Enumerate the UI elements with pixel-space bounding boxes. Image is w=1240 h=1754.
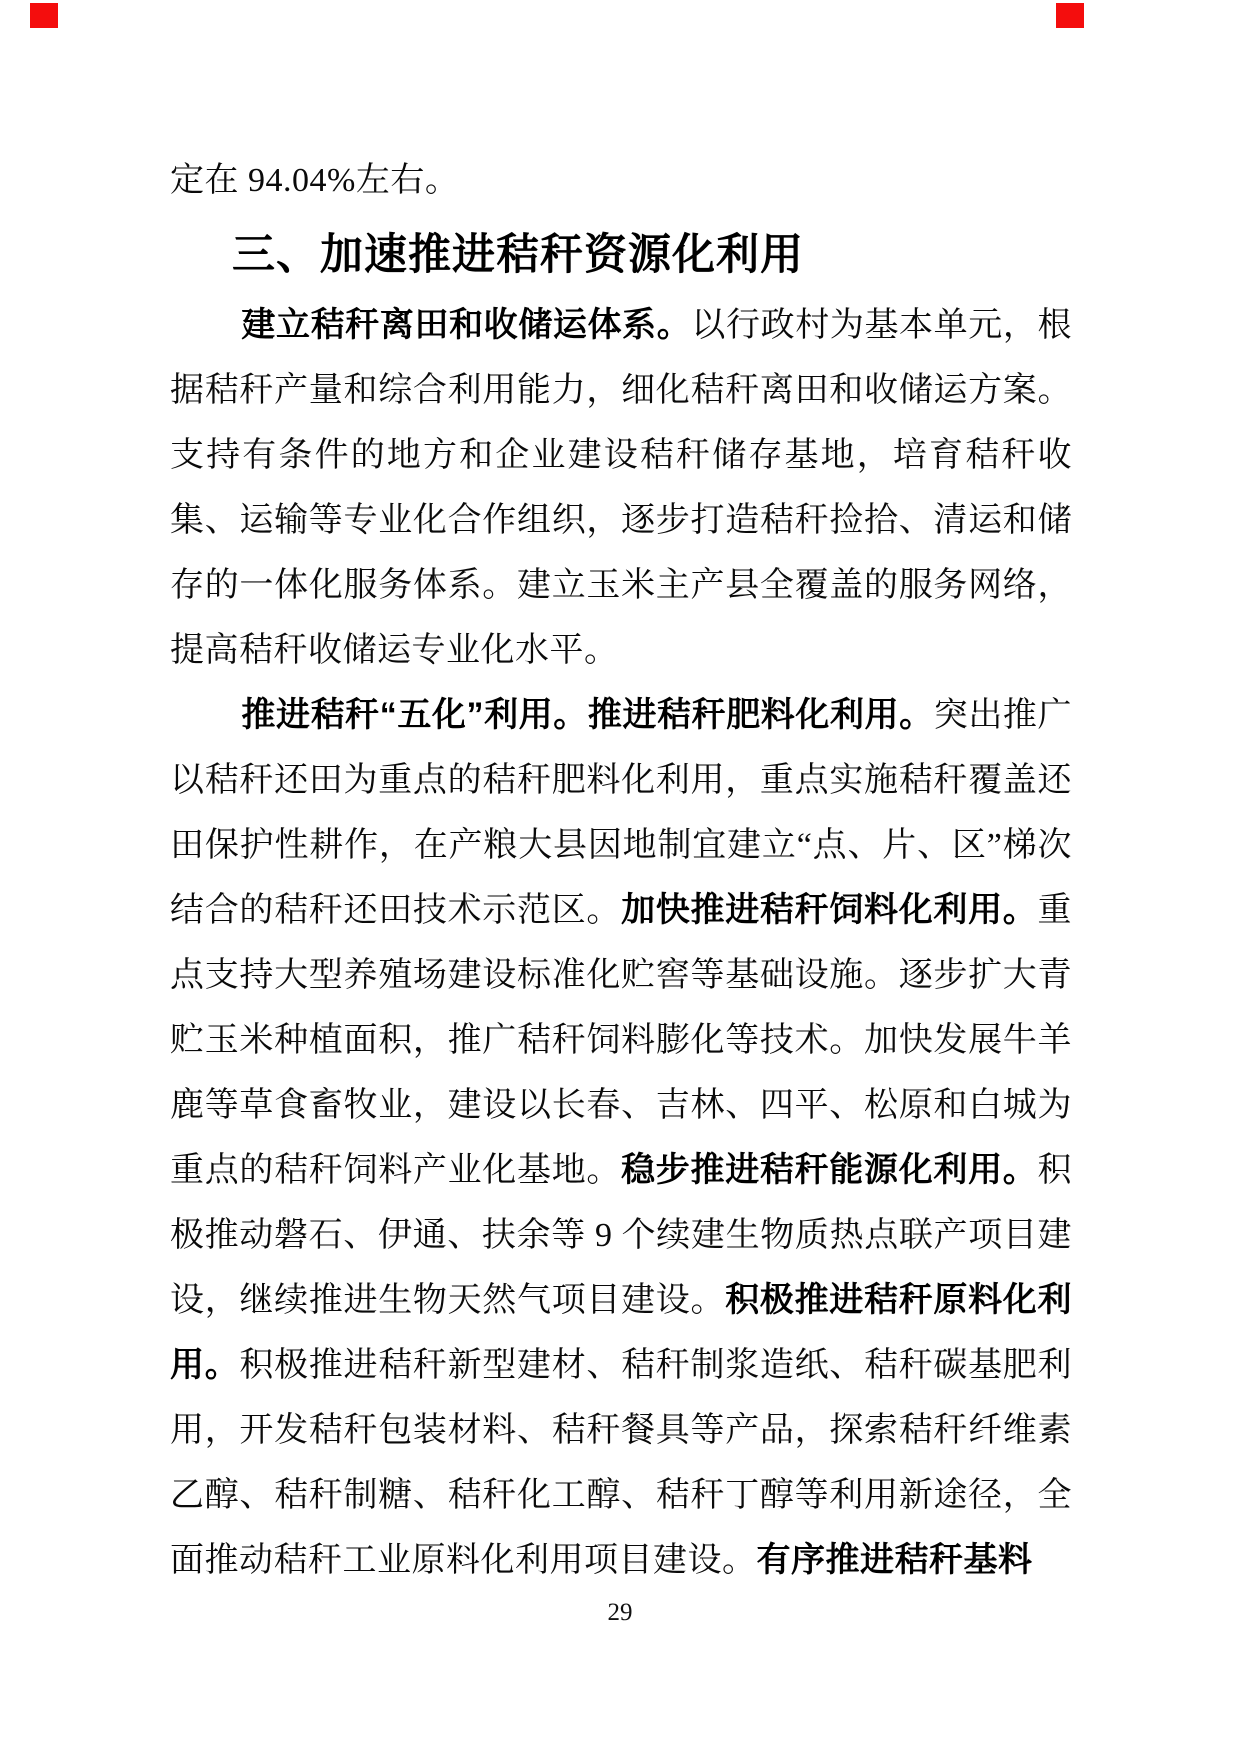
red-corner-mark-right [1056, 3, 1084, 28]
page-body: 定在 94.04%左右。 三、加速推进秸秆资源化利用 建立秸秆离田和收储运体系。… [170, 148, 1072, 1593]
page-number: 29 [0, 1596, 1240, 1630]
body-paragraph: 建立秸秆离田和收储运体系。以行政村为基本单元，根据秸秆产量和综合利用能力，细化秸… [170, 293, 1072, 683]
bold-run: 推进秸秆“五化”利用。推进秸秆肥料化利用。 [241, 696, 933, 734]
red-corner-mark-left [30, 3, 58, 28]
document-page: 定在 94.04%左右。 三、加速推进秸秆资源化利用 建立秸秆离田和收储运体系。… [0, 0, 1240, 1754]
bold-run: 加快推进秸秆饲料化利用。 [621, 891, 1037, 929]
bold-run: 有序推进秸秆基料 [757, 1541, 1033, 1579]
section-heading: 三、加速推进秸秆资源化利用 [170, 223, 1072, 288]
paragraph-container: 建立秸秆离田和收储运体系。以行政村为基本单元，根据秸秆产量和综合利用能力，细化秸… [170, 293, 1072, 1593]
body-paragraph: 推进秸秆“五化”利用。推进秸秆肥料化利用。突出推广以秸秆还田为重点的秸秆肥料化利… [170, 683, 1072, 1593]
continuation-line: 定在 94.04%左右。 [170, 148, 1072, 213]
bold-run: 建立秸秆离田和收储运体系。 [241, 306, 691, 344]
bold-run: 稳步推进秸秆能源化利用。 [621, 1151, 1037, 1189]
text-run: 重点支持大型养殖场建设标准化贮窖等基础设施。逐步扩大青贮玉米种植面积，推广秸秆饲… [170, 892, 1072, 1189]
text-run: 以行政村为基本单元，根据秸秆产量和综合利用能力，细化秸秆离田和收储运方案。支持有… [170, 307, 1072, 669]
